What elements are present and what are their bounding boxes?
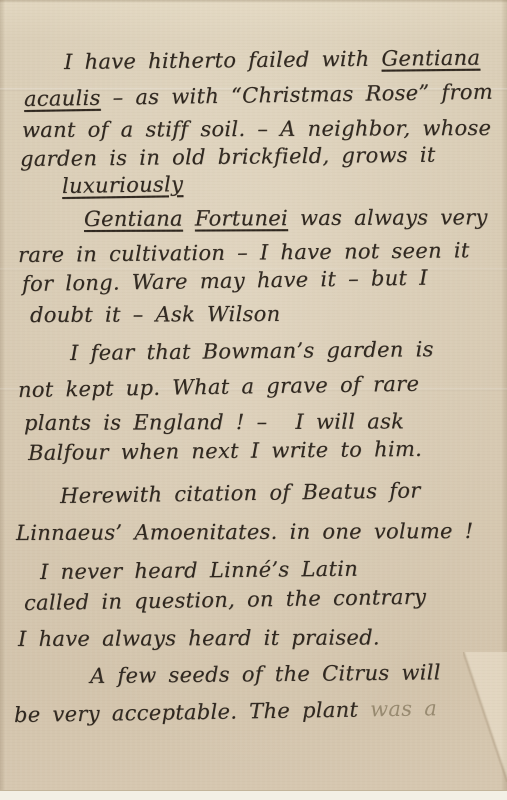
- text-segment: Herewith citation of Beatus for: [60, 478, 421, 508]
- handwritten-line: Balfour when next I write to him.: [28, 437, 422, 465]
- paper-sheet: I have hitherto failed with Gentiana aca…: [0, 0, 507, 791]
- handwritten-line: I never heard Linné’s Latin: [40, 557, 358, 584]
- text-segment: for long. Ware may have it – but I: [22, 266, 428, 296]
- photo-mat-strip: [0, 790, 507, 800]
- text-segment: plants is England ! –: [24, 410, 267, 435]
- handwritten-line: luxuriously: [62, 172, 184, 198]
- underlined-word: luxuriously: [62, 172, 184, 198]
- paper-edge-top: [0, 0, 507, 3]
- underlined-word: Gentiana: [381, 46, 480, 71]
- text-segment: I have always heard it praised.: [18, 625, 380, 651]
- handwritten-line: I fear that Bowman’s garden is: [70, 337, 434, 365]
- handwritten-line: Linnaeus’ Amoenitates. in one volume !: [16, 519, 474, 545]
- text-segment: doubt it – Ask Wilson: [30, 302, 281, 327]
- handwritten-line: want of a stiff soil. – A neighbor, whos…: [22, 116, 491, 142]
- handwritten-line: doubt it – Ask Wilson: [30, 302, 281, 327]
- letter-photograph: I have hitherto failed with Gentiana aca…: [0, 0, 507, 800]
- handwritten-line: plants is England ! –I will ask: [24, 409, 404, 435]
- text-segment: called in question, on the contrary: [24, 585, 427, 615]
- paper-edge-left: [0, 0, 5, 791]
- text-segment: was always very: [288, 205, 488, 230]
- handwritten-line: called in question, on the contrary: [24, 585, 427, 615]
- handwritten-line: rare in cultivation – I have not seen it: [18, 238, 470, 267]
- handwritten-line: garden is in old brickfield, grows it: [20, 143, 436, 171]
- text-segment: not kept up. What a grave of rare: [18, 372, 420, 402]
- underlined-word: Gentiana: [84, 207, 183, 231]
- handwritten-line: I have hitherto failed with Gentiana: [64, 46, 481, 74]
- text-segment: Balfour when next I write to him.: [28, 437, 422, 465]
- handwritten-line: be very acceptable. The plant was a: [14, 696, 437, 727]
- text-segment: be very acceptable. The plant: [14, 697, 371, 727]
- text-segment: I will ask: [295, 409, 404, 433]
- text-segment: – as with “Christmas Rose” from: [100, 80, 493, 110]
- handwritten-line: A few seeds of the Citrus will: [90, 660, 441, 688]
- torn-corner: [463, 652, 507, 782]
- text-segment: [183, 207, 195, 231]
- text-segment: garden is in old brickfield, grows it: [20, 143, 436, 171]
- handwritten-line: Gentiana Fortunei was always very: [84, 205, 488, 231]
- text-segment: A few seeds of the Citrus will: [90, 660, 441, 688]
- handwritten-line: for long. Ware may have it – but I: [22, 266, 428, 296]
- handwritten-line: not kept up. What a grave of rare: [18, 372, 420, 402]
- text-segment: want of a stiff soil. – A neighbor, whos…: [22, 116, 491, 142]
- underlined-word: acaulis: [24, 86, 101, 111]
- text-segment: rare in cultivation – I have not seen it: [18, 238, 470, 267]
- text-segment: Linnaeus’ Amoenitates. in one volume !: [16, 519, 474, 545]
- handwritten-line: I have always heard it praised.: [18, 625, 380, 651]
- text-segment: I have hitherto failed with: [64, 47, 382, 74]
- text-segment: I never heard Linné’s Latin: [40, 557, 358, 584]
- handwritten-line: acaulis – as with “Christmas Rose” from: [24, 80, 493, 111]
- faded-text-segment: was a: [370, 696, 437, 721]
- handwritten-line: Herewith citation of Beatus for: [60, 478, 421, 508]
- underlined-word: Fortunei: [195, 206, 288, 230]
- text-segment: I fear that Bowman’s garden is: [70, 337, 434, 365]
